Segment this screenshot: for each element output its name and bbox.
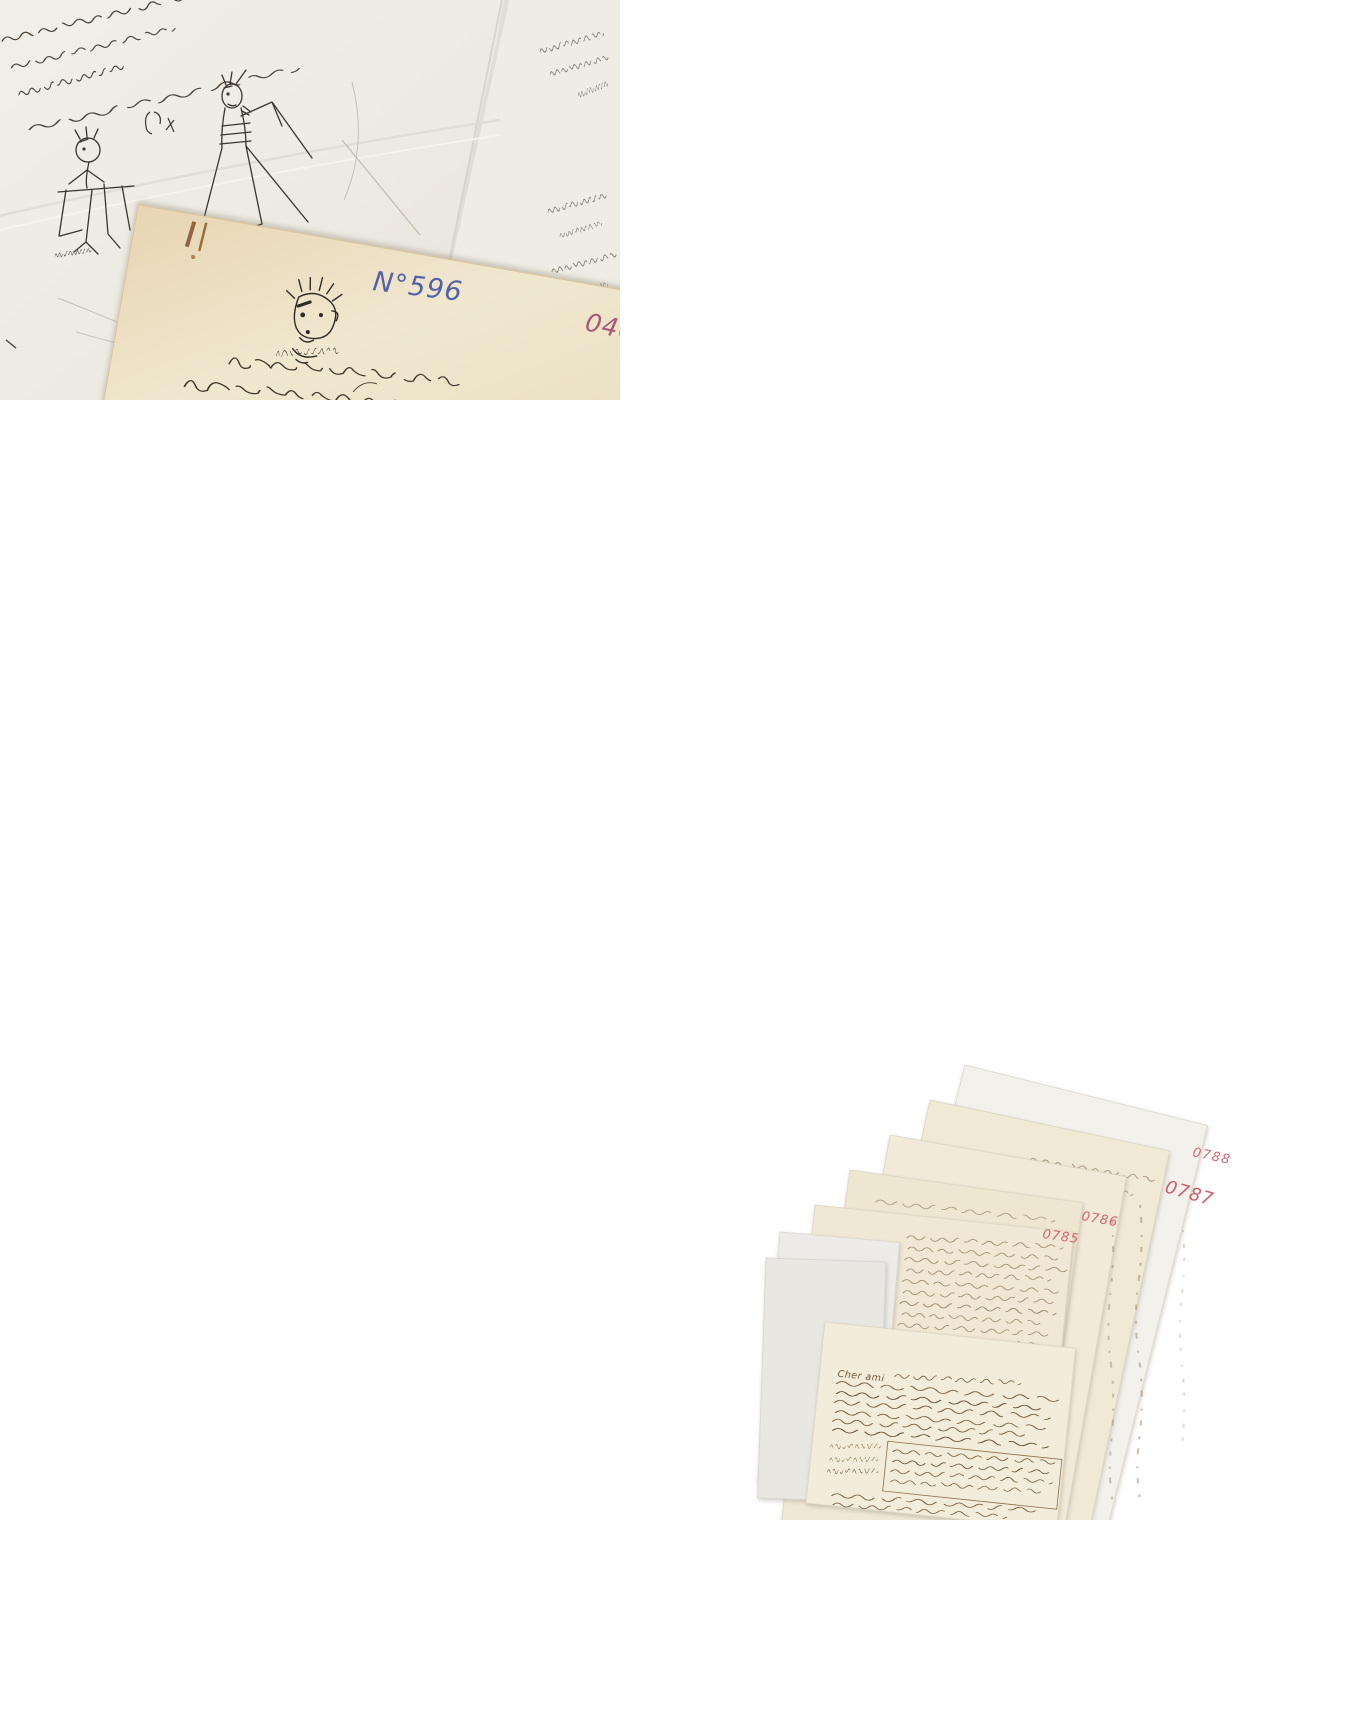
fanned-pages-svg: 0788 0787 — [740, 970, 1262, 1520]
catalog-page: N°596 0407 — [0, 0, 1362, 1733]
sketch-letters-svg: N°596 0407 — [0, 0, 620, 400]
photo-fanned-manuscript: 0788 0787 — [740, 970, 1262, 1520]
page-front: Cher ami — [806, 1322, 1076, 1520]
photo-manuscript-with-sketches: N°596 0407 — [0, 0, 620, 400]
